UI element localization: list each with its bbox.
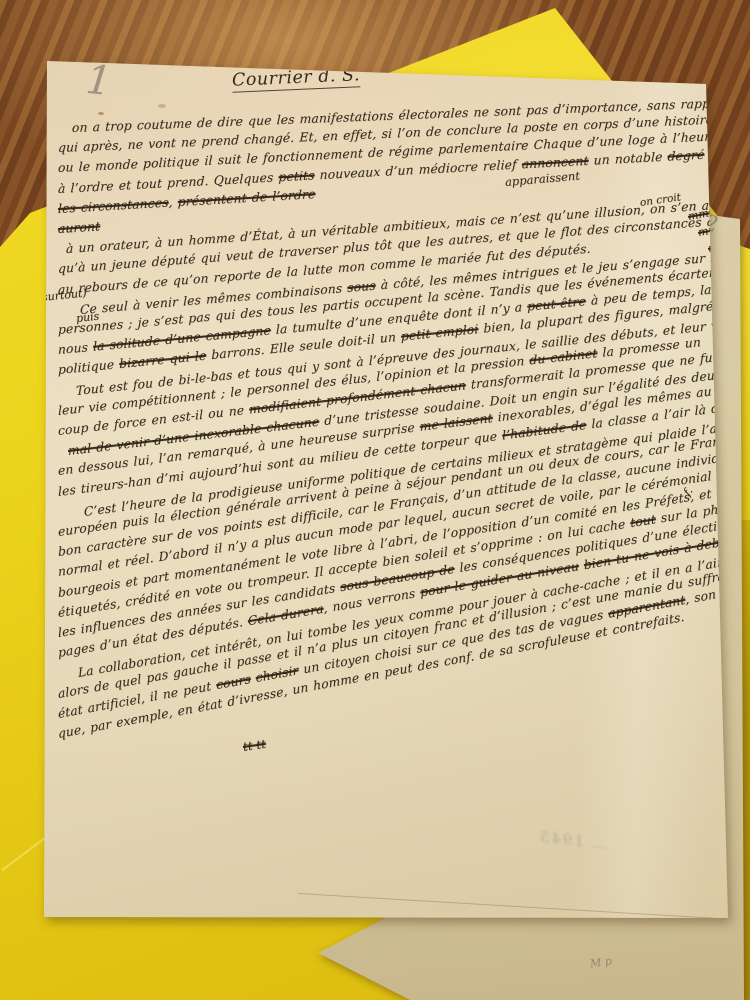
page1-number: 1 [84, 57, 114, 105]
ink-smudge [158, 104, 166, 108]
margin-insert: puis [75, 310, 100, 325]
manuscript-line: auront [58, 219, 101, 236]
ink-smudge [98, 112, 104, 115]
margin-insert: mmw [707, 237, 739, 255]
manuscript-page1-sheet: 1 Courrier d. S. on a trop coutume de di… [0, 0, 750, 1000]
page1-paper: 1 Courrier d. S. on a trop coutume de di… [0, 0, 750, 1000]
